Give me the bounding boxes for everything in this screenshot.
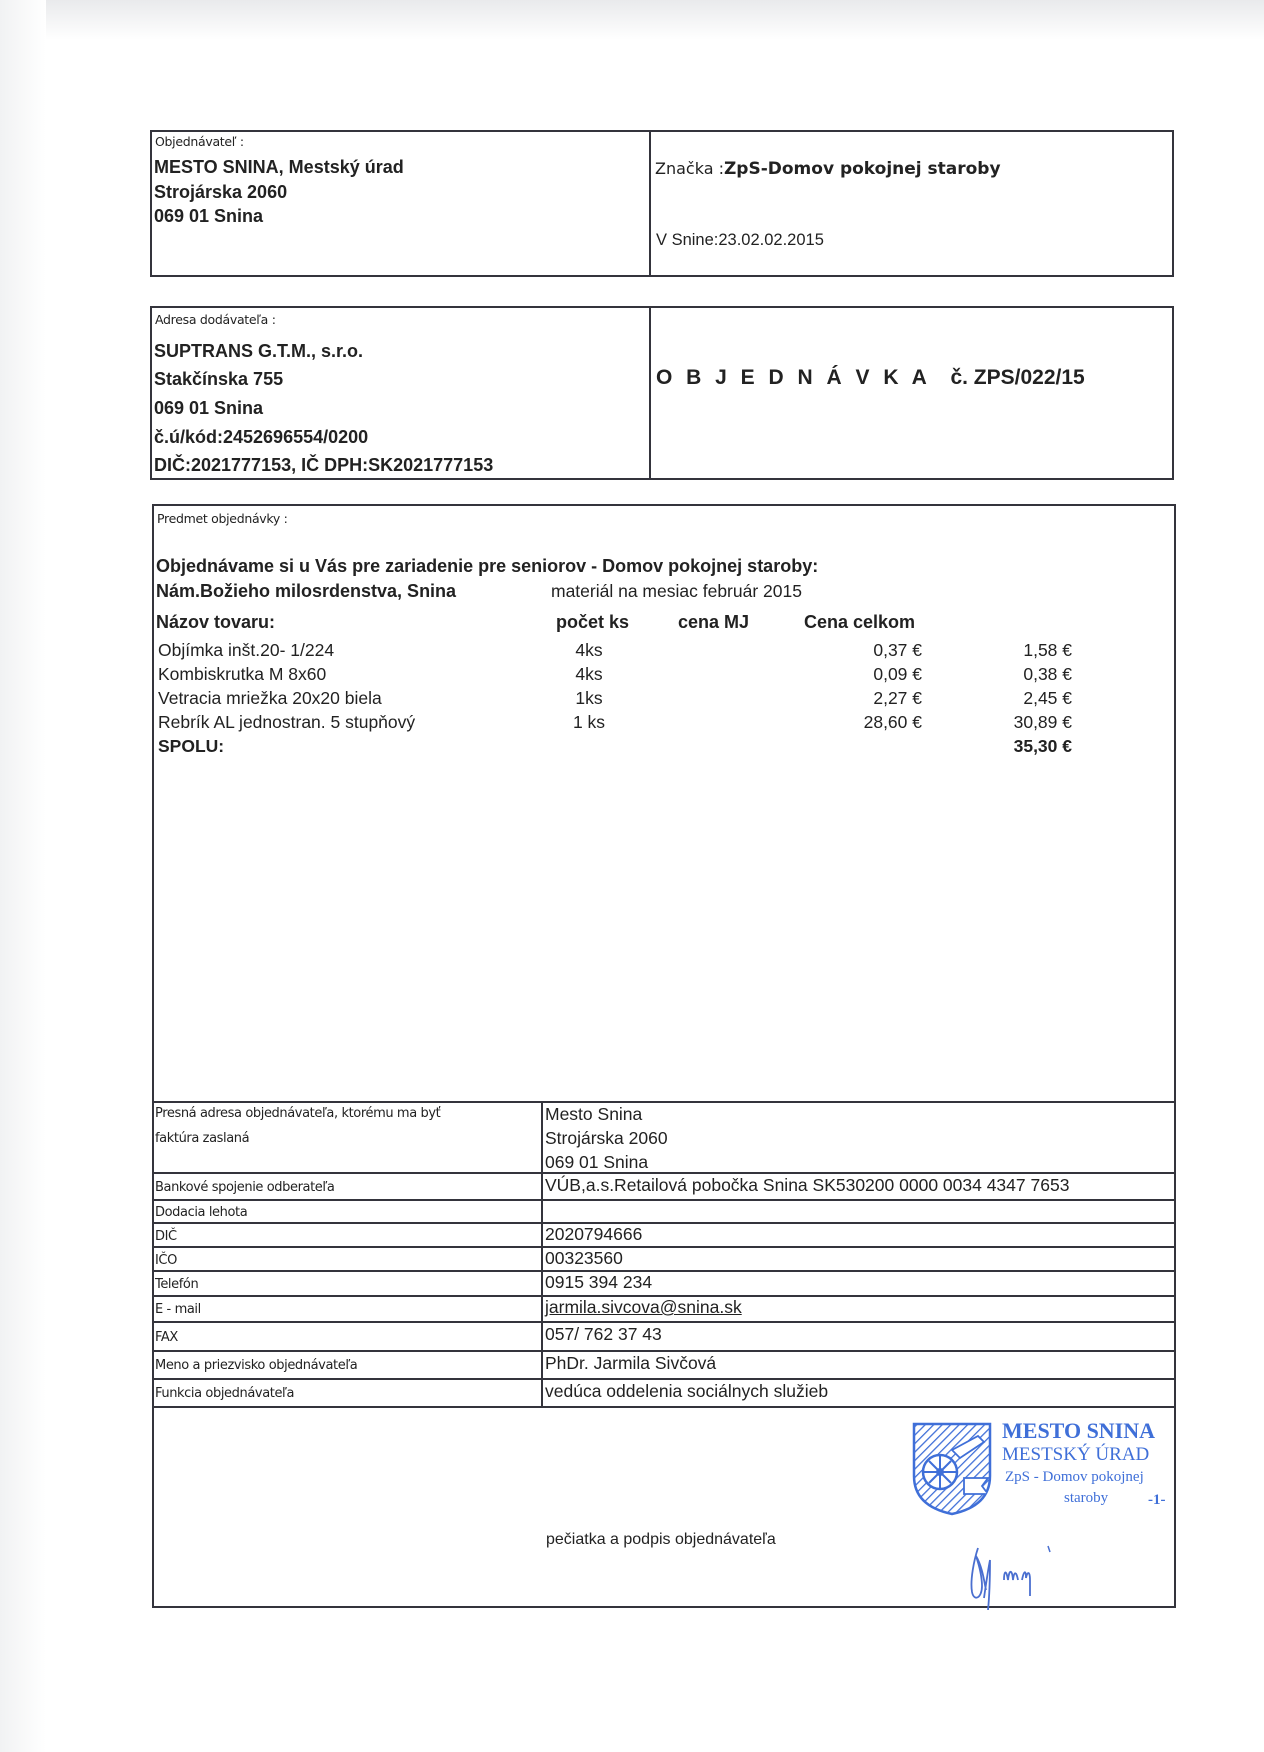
supplier-block xyxy=(150,306,1174,480)
function-value: vedúca oddelenia sociálnych služieb xyxy=(545,1381,828,1402)
name-value: PhDr. Jarmila Sivčová xyxy=(545,1353,716,1374)
divider xyxy=(152,1246,1176,1248)
stamp-line-1: MESTO SNINA xyxy=(1002,1418,1155,1444)
divider xyxy=(152,1350,1176,1352)
subject-period: materiál na mesiac február 2015 xyxy=(551,581,802,602)
divider xyxy=(152,1172,1176,1174)
item-name: Kombiskrutka M 8x60 xyxy=(158,664,326,685)
subject-location: Nám.Božieho milosrdenstva, Snina xyxy=(156,581,456,602)
invoice-address-line: Mesto Snina xyxy=(545,1104,642,1125)
scan-shadow xyxy=(0,0,1264,40)
invoice-address-label: Presná adresa objednávateľa, ktorému ma … xyxy=(155,1106,440,1121)
supplier-label: Adresa dodávateľa : xyxy=(155,312,276,327)
item-total: 1,58 € xyxy=(872,640,1072,661)
sum-row: SPOLU: 35,30 € xyxy=(152,736,1176,760)
function-label: Funkcia objednávateľa xyxy=(155,1386,294,1401)
col-name: Názov tovaru: xyxy=(156,612,275,633)
item-qty: 1 ks xyxy=(544,712,634,733)
orderer-block xyxy=(150,130,1174,277)
col-unit-price: cena MJ xyxy=(678,612,749,633)
sum-label: SPOLU: xyxy=(158,736,224,757)
stamp-line-4: staroby xyxy=(1064,1490,1108,1507)
supplier-city: 069 01 Snina xyxy=(154,398,263,419)
divider xyxy=(152,1199,1176,1201)
supplier-street: Stakčínska 755 xyxy=(154,369,283,390)
divider xyxy=(152,1406,1176,1408)
supplier-name: SUPTRANS G.T.M., s.r.o. xyxy=(154,341,363,362)
divider xyxy=(152,1101,1176,1103)
stamp-number: -1- xyxy=(1148,1492,1166,1509)
signature-label: pečiatka a podpis objednávateľa xyxy=(546,1531,776,1549)
invoice-address-line: Strojárska 2060 xyxy=(545,1128,668,1149)
coat-of-arms-icon xyxy=(912,1420,992,1516)
dic-label: DIČ xyxy=(155,1229,177,1244)
table-row: Objímka inšt.20- 1/224 4ks 0,37 € 1,58 € xyxy=(152,640,1176,664)
invoice-address-line: 069 01 Snina xyxy=(545,1152,648,1173)
reference: Značka :ZpS-Domov pokojnej staroby xyxy=(655,158,1001,179)
name-label: Meno a priezvisko objednávateľa xyxy=(155,1358,357,1373)
fax-value: 057/ 762 37 43 xyxy=(545,1324,662,1345)
reference-label: Značka : xyxy=(655,159,724,178)
subject-intro: Objednávame si u Vás pre zariadenie pre … xyxy=(156,556,818,577)
order-date: V Snine:23.02.02.2015 xyxy=(656,231,824,250)
item-total: 2,45 € xyxy=(872,688,1072,709)
item-total: 0,38 € xyxy=(872,664,1072,685)
item-name: Objímka inšt.20- 1/224 xyxy=(158,640,334,661)
email-link[interactable]: jarmila.sivcova@snina.sk xyxy=(545,1297,742,1318)
item-name: Rebrík AL jednostran. 5 stupňový xyxy=(158,712,415,733)
table-row: Rebrík AL jednostran. 5 stupňový 1 ks 28… xyxy=(152,712,1176,736)
signature-icon xyxy=(960,1540,1070,1610)
ico-label: IČO xyxy=(155,1253,177,1268)
item-name: Vetracia mriežka 20x20 biela xyxy=(158,688,382,709)
table-row: Kombiskrutka M 8x60 4ks 0,09 € 0,38 € xyxy=(152,664,1176,688)
item-total: 30,89 € xyxy=(872,712,1072,733)
orderer-name: MESTO SNINA, Mestský úrad xyxy=(154,157,404,178)
phone-label: Telefón xyxy=(155,1277,198,1292)
divider xyxy=(150,275,1174,277)
table-row: Vetracia mriežka 20x20 biela 1ks 2,27 € … xyxy=(152,688,1176,712)
dic-value: 2020794666 xyxy=(545,1224,642,1245)
divider xyxy=(152,1270,1176,1272)
col-qty: počet ks xyxy=(556,612,629,633)
orderer-label: Objednávateľ : xyxy=(155,134,244,149)
orderer-street: Strojárska 2060 xyxy=(154,182,287,203)
orderer-city: 069 01 Snina xyxy=(154,206,263,227)
item-qty: 4ks xyxy=(544,640,634,661)
scan-edge xyxy=(0,0,46,1752)
stamp-line-3: ZpS - Domov pokojnej xyxy=(1005,1469,1144,1486)
bank-value: VÚB,a.s.Retailová pobočka Snina SK530200… xyxy=(545,1175,1069,1196)
order-title-text: O B J E D N Á V K A xyxy=(656,366,931,389)
col-total: Cena celkom xyxy=(804,612,915,633)
item-qty: 1ks xyxy=(544,688,634,709)
invoice-address-label-2: faktúra zaslaná xyxy=(155,1131,249,1146)
bank-label: Bankové spojenie odberateľa xyxy=(155,1180,334,1195)
delivery-label: Dodacia lehota xyxy=(155,1205,247,1220)
phone-value: 0915 394 234 xyxy=(545,1272,652,1293)
supplier-tax: DIČ:2021777153, IČ DPH:SK2021777153 xyxy=(154,455,493,476)
reference-value: ZpS-Domov pokojnej staroby xyxy=(724,159,1001,179)
email-label: E - mail xyxy=(155,1302,201,1317)
order-number: č. ZPS/022/15 xyxy=(950,366,1084,389)
divider xyxy=(152,1321,1176,1323)
subject-label: Predmet objednávky : xyxy=(157,511,288,526)
stamp-line-2: MESTSKÝ ÚRAD xyxy=(1002,1444,1149,1466)
order-title: O B J E D N Á V K A č. ZPS/022/15 xyxy=(656,366,1085,390)
item-qty: 4ks xyxy=(544,664,634,685)
divider xyxy=(152,1222,1176,1224)
divider xyxy=(541,1101,543,1407)
divider xyxy=(649,130,651,277)
supplier-account: č.ú/kód:2452696554/0200 xyxy=(154,427,368,448)
ico-value: 00323560 xyxy=(545,1248,623,1269)
divider xyxy=(649,306,651,480)
fax-label: FAX xyxy=(155,1330,178,1345)
sum-value: 35,30 € xyxy=(872,736,1072,757)
divider xyxy=(152,1378,1176,1380)
